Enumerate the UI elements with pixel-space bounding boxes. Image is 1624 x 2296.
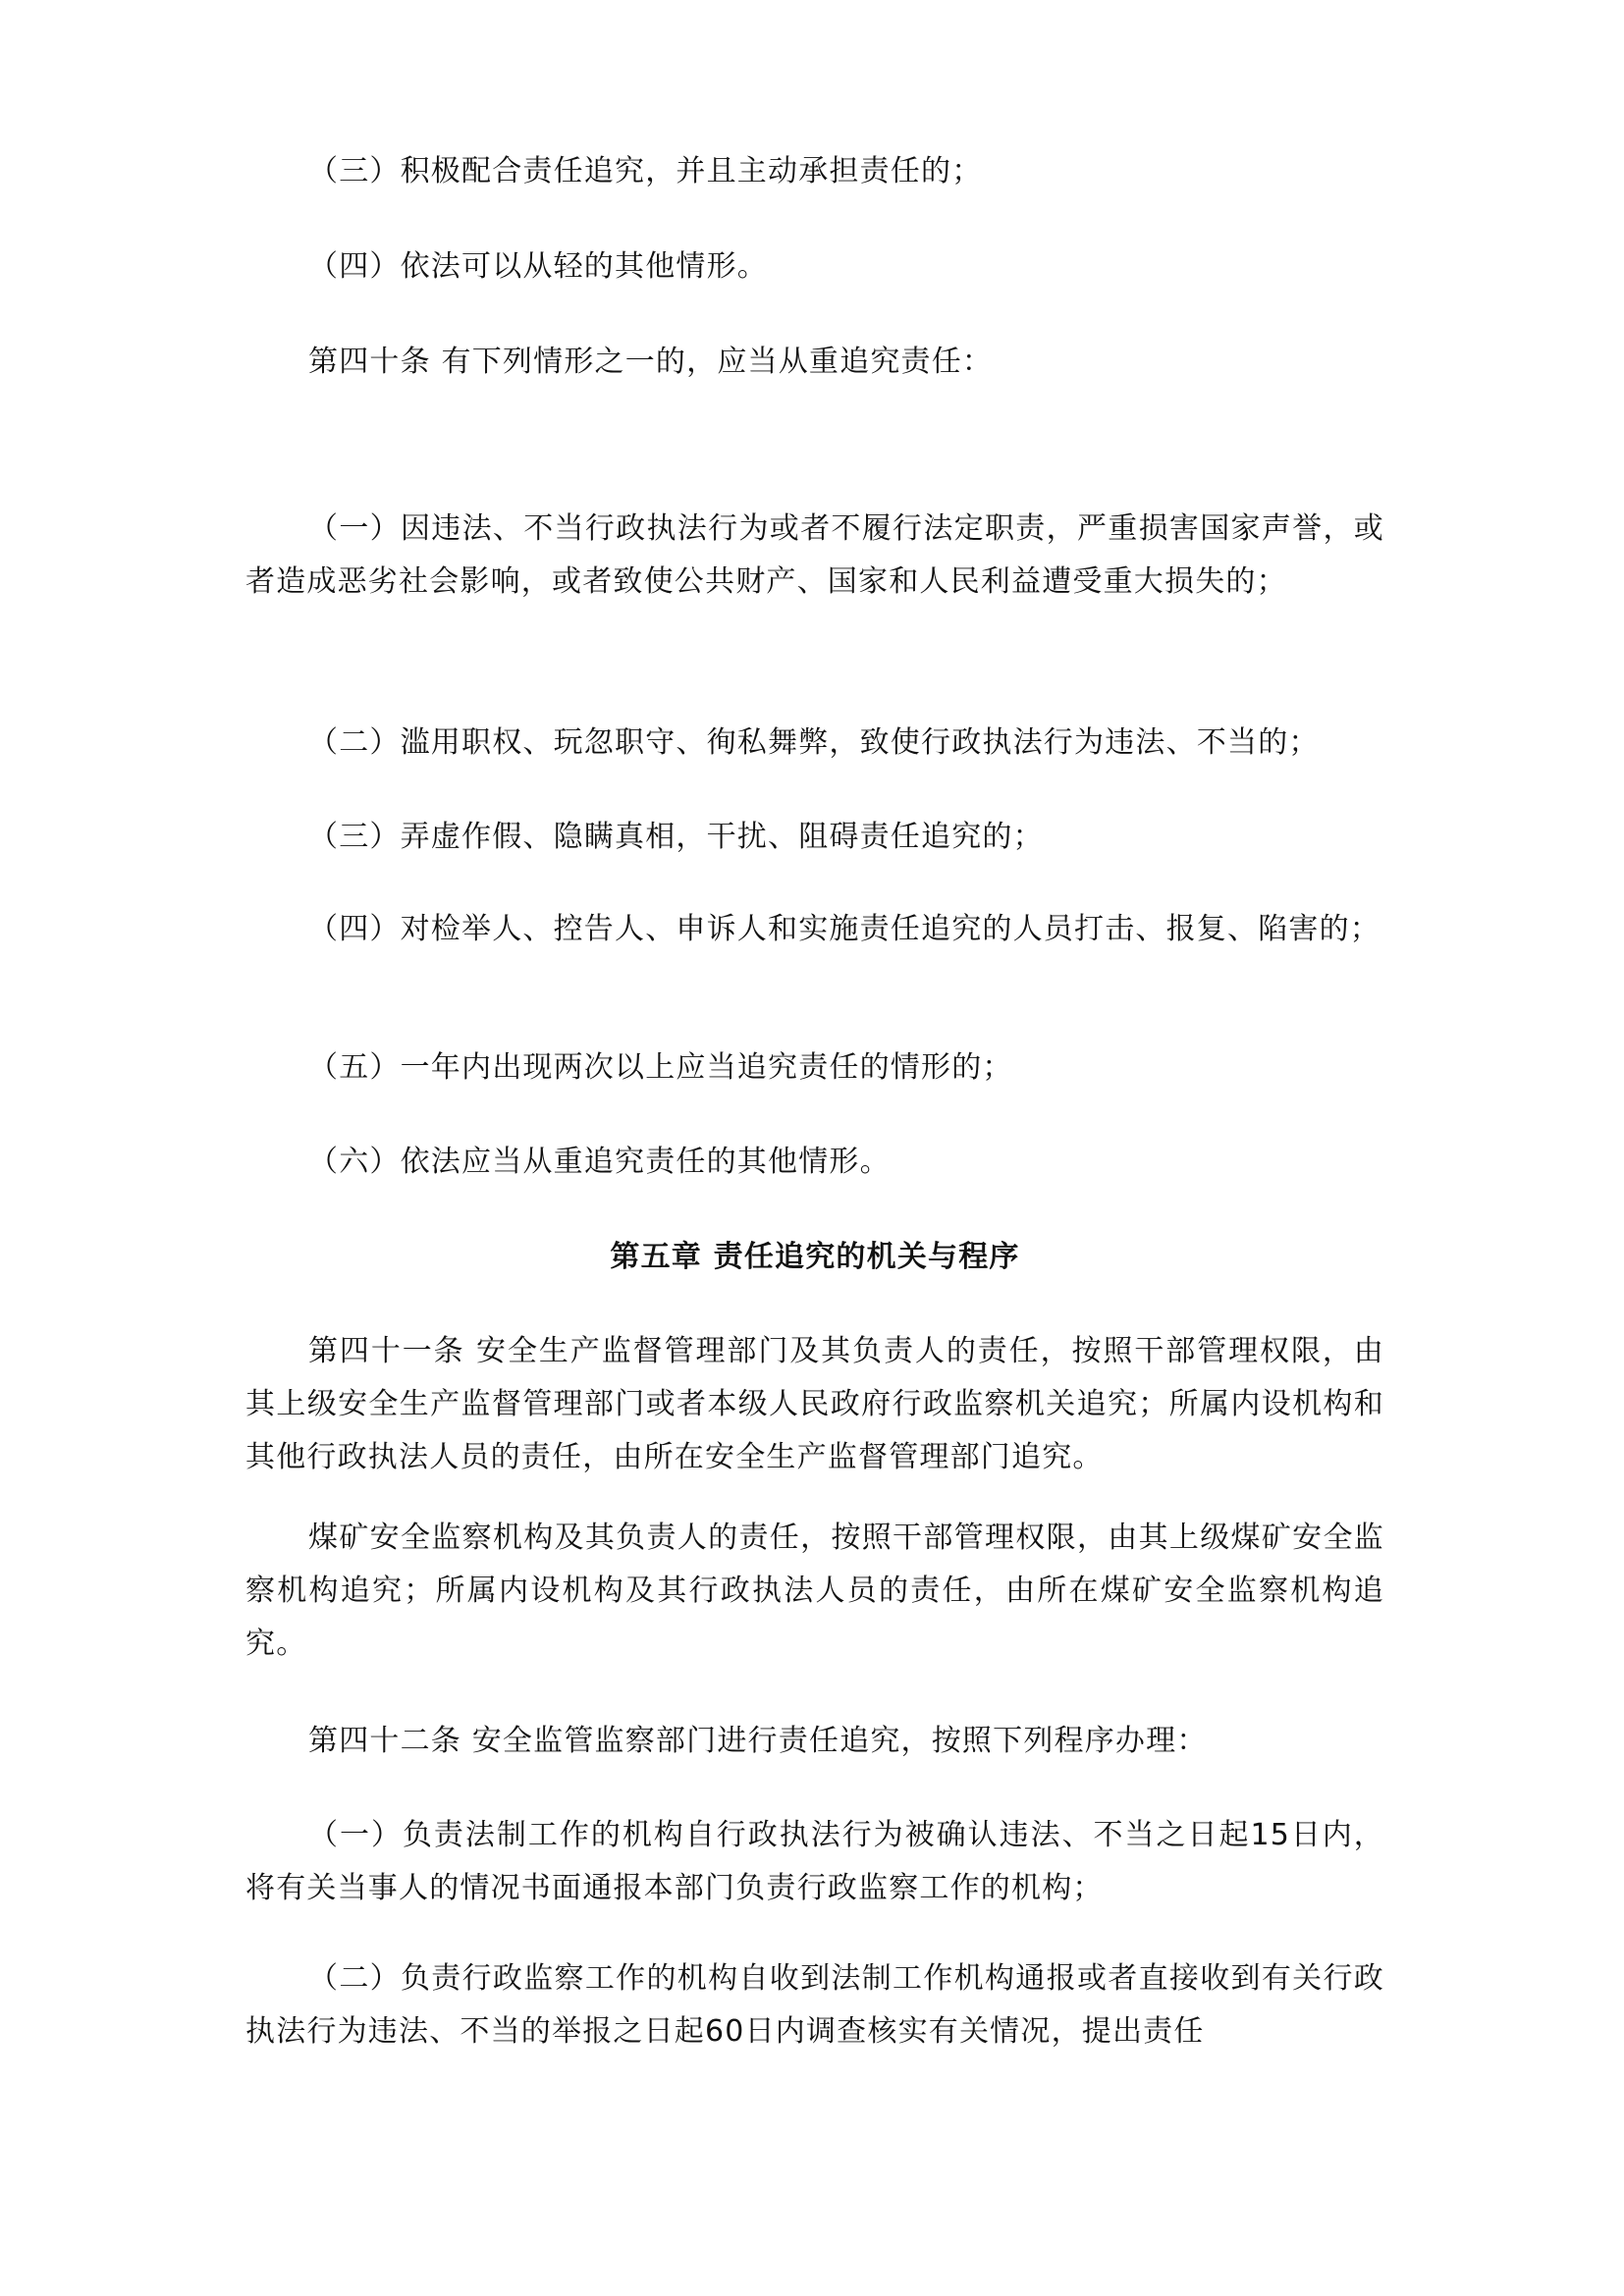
article-40-item-2: （二）滥用职权、玩忽职守、徇私舞弊，致使行政执法行为违法、不当的； [245,717,1384,770]
article-42-title: 第四十二条 安全监管监察部门进行责任追究，按照下列程序办理： [245,1715,1384,1768]
article-40-item-5: （五）一年内出现两次以上应当追究责任的情形的； [245,1041,1384,1095]
paragraph-item-4-mitigating: （四）依法可以从轻的其他情形。 [245,240,1384,294]
article-42-item-2: （二）负责行政监察工作的机构自收到法制工作机构通报或者直接收到有关行政执法行为违… [245,1952,1384,2058]
article-41-para-2: 煤矿安全监察机构及其负责人的责任，按照干部管理权限，由其上级煤矿安全监察机构追究… [245,1512,1384,1671]
paragraph-item-3-mitigating: （三）积极配合责任追究，并且主动承担责任的； [245,145,1384,198]
article-42-item-1: （一）负责法制工作的机构自行政执法行为被确认违法、不当之日起15日内，将有关当事… [245,1809,1384,1915]
article-40-item-6: （六）依法应当从重追究责任的其他情形。 [245,1136,1384,1189]
article-40-title: 第四十条 有下列情形之一的，应当从重追究责任： [245,336,1384,389]
article-41: 第四十一条 安全生产监督管理部门及其负责人的责任，按照干部管理权限，由其上级安全… [245,1325,1384,1484]
article-40-item-3: （三）弄虚作假、隐瞒真相，干扰、阻碍责任追究的； [245,811,1384,864]
article-40-item-1: （一）因违法、不当行政执法行为或者不履行法定职责，严重损害国家声誉，或者造成恶劣… [245,503,1384,609]
article-40-item-4: （四）对检举人、控告人、申诉人和实施责任追究的人员打击、报复、陷害的； [245,903,1384,956]
chapter-heading: 第五章 责任追究的机关与程序 [245,1231,1384,1284]
